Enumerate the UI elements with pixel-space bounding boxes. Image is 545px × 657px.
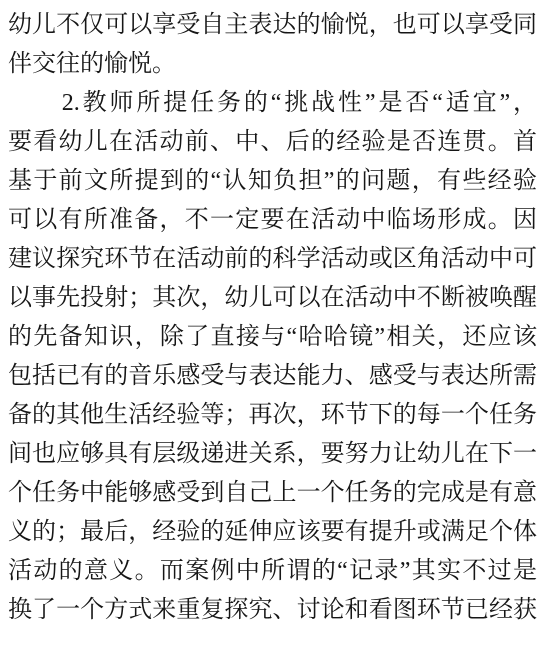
text-line: 义的；最后，经验的延伸应该要有提升或满足个体: [8, 513, 537, 552]
text-line: 备的其他生活经验等；再次，环节下的每一个任务: [8, 396, 537, 435]
text-line: 个任务中能够感受到自己上一个任务的完成是有意: [8, 474, 537, 513]
text-line: 建议探究环节在活动前的科学活动或区角活动中可: [8, 240, 537, 279]
text-line: 可以有所准备，不一定要在活动中临场形成。因此，: [8, 201, 537, 240]
text-line: 间也应够具有层级递进关系，要努力让幼儿在下一: [8, 435, 537, 474]
text-line: 活动的意义。而案例中所谓的“记录”其实不过是: [8, 552, 537, 591]
text-line: 换了一个方式来重复探究、讨论和看图环节已经获: [8, 591, 537, 630]
text-line: 包括已有的音乐感受与表达能力、感受与表达所需: [8, 357, 537, 396]
text-line: 要看幼儿在活动前、中、后的经验是否连贯。首先，: [8, 123, 537, 162]
text-line-paragraph-end: 伴交往的愉悦。: [8, 45, 537, 84]
text-line-paragraph-start: 2.教师所提任务的“挑战性”是否“适宜”，: [8, 84, 537, 123]
document-page: 幼儿不仅可以享受自主表达的愉悦，也可以享受同 伴交往的愉悦。 2.教师所提任务的…: [0, 0, 545, 657]
text-block: 幼儿不仅可以享受自主表达的愉悦，也可以享受同 伴交往的愉悦。 2.教师所提任务的…: [8, 6, 537, 630]
text-line: 幼儿不仅可以享受自主表达的愉悦，也可以享受同: [8, 6, 537, 45]
text-line: 以事先投射；其次，幼儿可以在活动中不断被唤醒: [8, 279, 537, 318]
text-line: 的先备知识，除了直接与“哈哈镜”相关，还应该: [8, 318, 537, 357]
text-line: 基于前文所提到的“认知负担”的问题，有些经验: [8, 162, 537, 201]
